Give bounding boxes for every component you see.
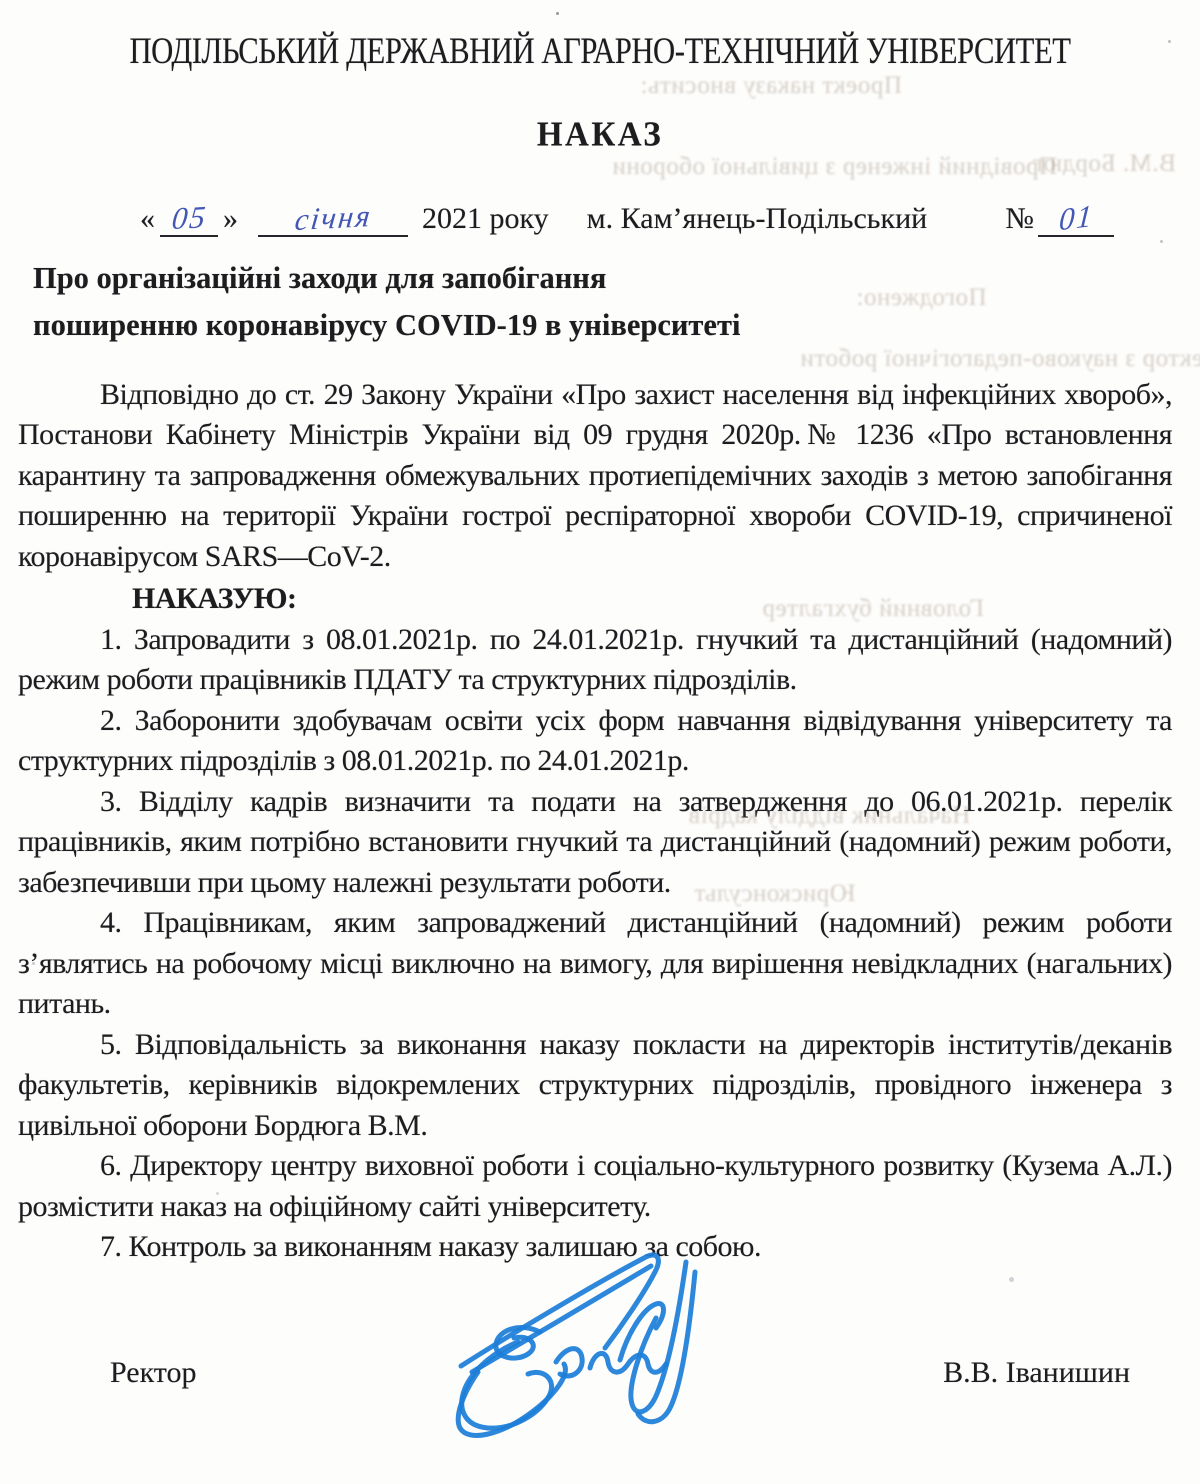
bleedthrough-text: Погоджено: <box>856 284 987 312</box>
order-item-2: 2. Заборонити здобувачам освіти усіх фор… <box>18 701 1172 782</box>
order-item-4: 4. Працівникам, яким запроваджений диста… <box>18 903 1172 1025</box>
preamble-paragraph: Відповідно до ст. 29 Закону України «Про… <box>18 375 1172 578</box>
order-word: НАКАЗУЮ: <box>18 579 1172 620</box>
bleedthrough-text: Юрисконсульт <box>694 880 855 908</box>
handwritten-number: 01 <box>1057 200 1094 237</box>
order-item-3: 3. Відділу кадрів визначити та подати на… <box>18 782 1172 904</box>
order-item-5: 5. Відповідальність за виконання наказу … <box>18 1025 1172 1147</box>
number-underline: 01 <box>1038 202 1114 237</box>
signer-role: Ректор <box>110 1356 197 1390</box>
handwritten-signature <box>448 1244 710 1446</box>
university-name: ПОДІЛЬСЬКИЙ ДЕРЖАВНИЙ АГРАРНО-ТЕХНІЧНИЙ … <box>42 32 1158 73</box>
day-underline: 05 <box>160 202 218 237</box>
order-number-group: № 01 <box>1005 202 1114 237</box>
open-quote: « <box>140 202 155 236</box>
subject-block: Про організаційні заходи для запобігання… <box>33 255 1170 349</box>
year-text: 2021 року <box>422 202 549 236</box>
city-name: м. Кам’янець-Подільський <box>587 202 928 236</box>
order-body: Відповідно до ст. 29 Закону України «Про… <box>18 375 1172 1268</box>
bleedthrough-text: Головний бухгалтер <box>762 595 984 623</box>
order-item-1: 1. Запровадити з 08.01.2021р. по 24.01.2… <box>18 620 1172 701</box>
bleedthrough-text: Проректор з науково-педагогічної роботи <box>800 345 1200 373</box>
document-type-title: НАКАЗ <box>0 116 1200 155</box>
date-number-row: « 05 » січня 2021 року м. Кам’янець-Поді… <box>140 202 1114 237</box>
subject-line-1: Про організаційні заходи для запобігання <box>33 255 1170 302</box>
scanned-order-document: Проект наказу вносить: Провідний інженер… <box>0 0 1200 1484</box>
order-item-7: 7. Контроль за виконанням наказу залишаю… <box>18 1227 1172 1268</box>
number-label: № <box>1005 202 1034 236</box>
signature-row: Ректор В.В. Іванишин <box>110 1356 1130 1390</box>
bleedthrough-text: Провідний інженер з цивільної оборони <box>612 153 1057 181</box>
month-underline: січня <box>258 202 408 237</box>
handwritten-month: січня <box>293 200 373 237</box>
bleedthrough-text: Начальник відділу кадрів <box>688 802 970 830</box>
bleedthrough-text: Проект наказу вносить: <box>640 72 902 100</box>
order-item-6: 6. Директору центру виховної роботи і со… <box>18 1146 1172 1227</box>
subject-line-2: поширенню коронавірусу COVID-19 в універ… <box>33 302 1170 349</box>
handwritten-day: 05 <box>170 201 208 236</box>
scan-specks <box>556 12 559 15</box>
close-quote: » <box>223 202 238 236</box>
signer-name: В.В. Іванишин <box>943 1356 1130 1390</box>
